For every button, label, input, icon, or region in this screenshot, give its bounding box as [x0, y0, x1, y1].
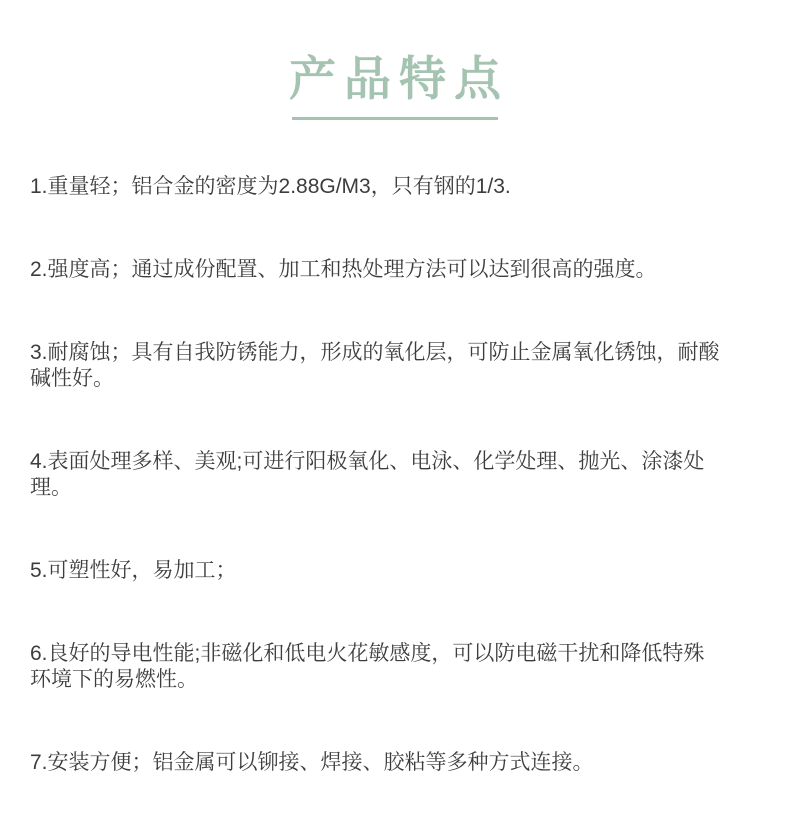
- feature-item-1: 1.重量轻；铝合金的密度为2.88G/M3，只有钢的1/3.: [30, 174, 788, 200]
- feature-item-3: 3.耐腐蚀；具有自我防锈能力，形成的氧化层，可防止金属氧化锈蚀，耐酸 碱性好。: [30, 340, 788, 392]
- feature-list: 1.重量轻；铝合金的密度为2.88G/M3，只有钢的1/3. 2.强度高；通过成…: [30, 174, 788, 776]
- feature-item-7: 7.安装方便；铝金属可以铆接、焊接、胶粘等多种方式连接。: [30, 750, 788, 776]
- feature-item-4: 4.表面处理多样、美观;可进行阳极氧化、电泳、化学处理、抛光、涂漆处 理。: [30, 449, 788, 501]
- feature-item-2: 2.强度高；通过成份配置、加工和热处理方法可以达到很高的强度。: [30, 257, 788, 283]
- page-title: 产品特点: [0, 52, 790, 108]
- header: 产品特点: [0, 0, 790, 120]
- product-features-page: 产品特点 1.重量轻；铝合金的密度为2.88G/M3，只有钢的1/3. 2.强度…: [0, 0, 790, 826]
- title-underline: [292, 117, 498, 120]
- feature-item-5: 5.可塑性好，易加工；: [30, 558, 788, 584]
- feature-item-6: 6.良好的导电性能;非磁化和低电火花敏感度，可以防电磁干扰和降低特殊 环境下的易…: [30, 641, 788, 693]
